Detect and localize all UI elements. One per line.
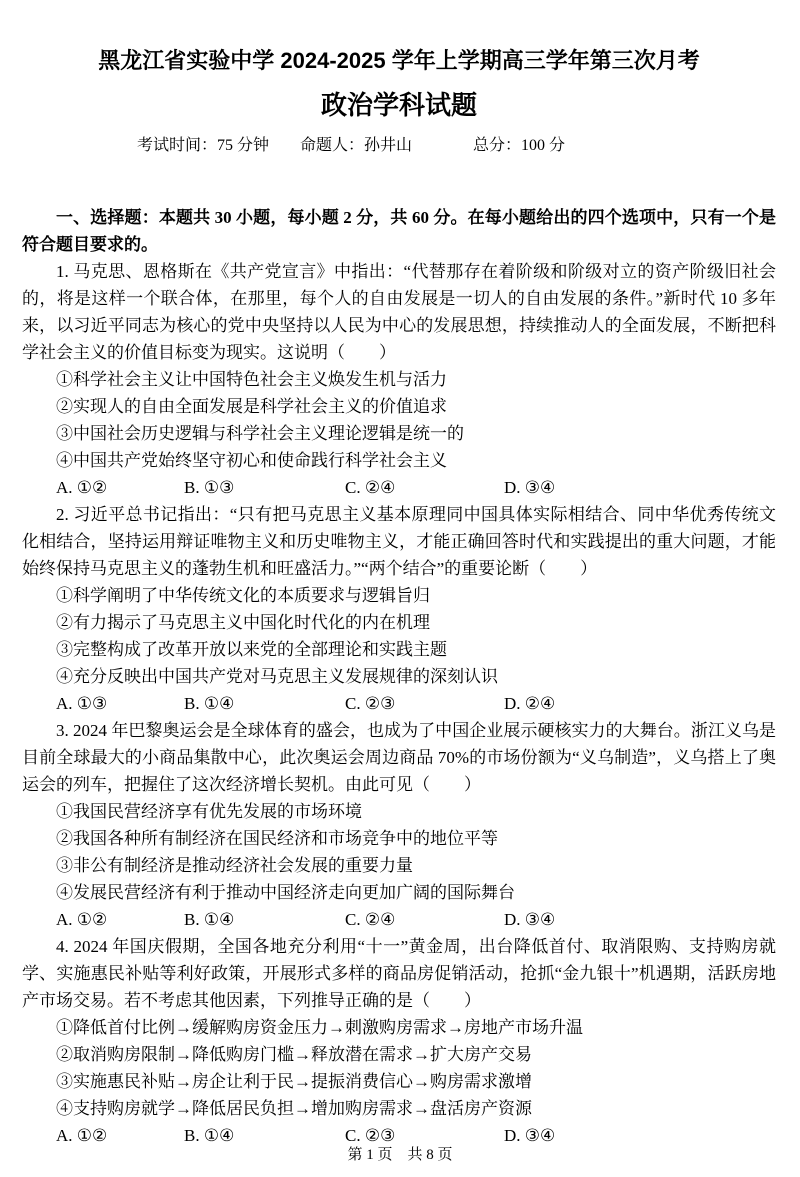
choice-label: D. ③④ [504, 474, 776, 501]
question-options: ①我国民营经济享有优先发展的市场环境②我国各种所有制经济在国民经济和市场竞争中的… [22, 798, 776, 906]
option-line: ①科学社会主义让中国特色社会主义焕发生机与活力 [22, 366, 776, 393]
question-choices: A. ①②B. ①③C. ②④D. ③④ [22, 474, 776, 501]
question-choices: A. ①③B. ①④C. ②③D. ②④ [22, 690, 776, 717]
option-line: ③完整构成了改革开放以来党的全部理论和实践主题 [22, 636, 776, 663]
subject-title: 政治学科试题 [22, 90, 776, 120]
question-choices: A. ①②B. ①④C. ②④D. ③④ [22, 906, 776, 933]
exam-setter: 命题人：孙井山 [300, 136, 473, 156]
choice-label: C. ②③ [345, 1122, 504, 1149]
option-line: ③中国社会历史逻辑与科学社会主义理论逻辑是统一的 [22, 420, 776, 447]
choice-label: A. ①③ [56, 690, 184, 717]
choice-label: C. ②④ [345, 906, 504, 933]
question-block: 1. 马克思、恩格斯在《共产党宣言》中指出：“代替那存在着阶级和阶级对立的资产阶… [22, 258, 776, 501]
option-line: ③非公有制经济是推动经济社会发展的重要力量 [22, 852, 776, 879]
exam-time: 考试时间：75 分钟 [137, 136, 300, 156]
option-line: ④支持购房就学→降低居民负担→增加购房需求→盘活房产资源 [22, 1095, 776, 1122]
choice-label: D. ②④ [504, 690, 776, 717]
choice-label: A. ①② [56, 906, 184, 933]
choice-label: A. ①② [56, 1122, 184, 1149]
option-line: ③实施惠民补贴→房企让利于民→提振消费信心→购房需求激增 [22, 1068, 776, 1095]
choice-label: B. ①③ [184, 474, 345, 501]
choice-label: B. ①④ [184, 690, 345, 717]
option-line: ②实现人的自由全面发展是科学社会主义的价值追求 [22, 393, 776, 420]
choice-label: A. ①② [56, 474, 184, 501]
question-block: 2. 习近平总书记指出：“只有把马克思主义基本原理同中国具体实际相结合、同中华优… [22, 501, 776, 717]
choice-label: B. ①④ [184, 1122, 345, 1149]
option-line: ④充分反映出中国共产党对马克思主义发展规律的深刻认识 [22, 663, 776, 690]
choice-label: D. ③④ [504, 906, 776, 933]
question-block: 4. 2024 年国庆假期，全国各地充分利用“十一”黄金周，出台降低首付、取消限… [22, 933, 776, 1149]
exam-title: 黑龙江省实验中学 2024-2025 学年上学期高三学年第三次月考 [22, 48, 776, 74]
option-line: ④发展民营经济有利于推动中国经济走向更加广阔的国际舞台 [22, 879, 776, 906]
question-stem: 1. 马克思、恩格斯在《共产党宣言》中指出：“代替那存在着阶级和阶级对立的资产阶… [22, 258, 776, 366]
question-options: ①科学阐明了中华传统文化的本质要求与逻辑旨归②有力揭示了马克思主义中国化时代化的… [22, 582, 776, 690]
question-stem: 3. 2024 年巴黎奥运会是全球体育的盛会，也成为了中国企业展示硬核实力的大舞… [22, 717, 776, 798]
exam-meta: 考试时间：75 分钟 命题人：孙井山 总分：100 分 [22, 136, 776, 156]
option-line: ④中国共产党始终坚守初心和使命践行科学社会主义 [22, 447, 776, 474]
exam-total-score: 总分：100 分 [473, 136, 565, 156]
question-options: ①科学社会主义让中国特色社会主义焕发生机与活力②实现人的自由全面发展是科学社会主… [22, 366, 776, 474]
option-line: ②取消购房限制→降低购房门槛→释放潜在需求→扩大房产交易 [22, 1041, 776, 1068]
option-line: ②有力揭示了马克思主义中国化时代化的内在机理 [22, 609, 776, 636]
question-options: ①降低首付比例→缓解购房资金压力→刺激购房需求→房地产市场升温②取消购房限制→降… [22, 1014, 776, 1122]
page-footer: 第 1 页 共 8 页 [0, 1146, 800, 1164]
question-stem: 4. 2024 年国庆假期，全国各地充分利用“十一”黄金周，出台降低首付、取消限… [22, 933, 776, 1014]
option-line: ①降低首付比例→缓解购房资金压力→刺激购房需求→房地产市场升温 [22, 1014, 776, 1041]
questions: 1. 马克思、恩格斯在《共产党宣言》中指出：“代替那存在着阶级和阶级对立的资产阶… [22, 258, 776, 1149]
option-line: ①我国民营经济享有优先发展的市场环境 [22, 798, 776, 825]
question-choices: A. ①②B. ①④C. ②③D. ③④ [22, 1122, 776, 1149]
question-block: 3. 2024 年巴黎奥运会是全球体育的盛会，也成为了中国企业展示硬核实力的大舞… [22, 717, 776, 933]
choice-label: C. ②③ [345, 690, 504, 717]
section-heading: 一、选择题：本题共 30 小题，每小题 2 分，共 60 分。在每小题给出的四个… [22, 204, 776, 258]
option-line: ②我国各种所有制经济在国民经济和市场竞争中的地位平等 [22, 825, 776, 852]
choice-label: C. ②④ [345, 474, 504, 501]
exam-page: 黑龙江省实验中学 2024-2025 学年上学期高三学年第三次月考 政治学科试题… [0, 0, 800, 1177]
choice-label: D. ③④ [504, 1122, 776, 1149]
choice-label: B. ①④ [184, 906, 345, 933]
option-line: ①科学阐明了中华传统文化的本质要求与逻辑旨归 [22, 582, 776, 609]
question-stem: 2. 习近平总书记指出：“只有把马克思主义基本原理同中国具体实际相结合、同中华优… [22, 501, 776, 582]
exam-body: 一、选择题：本题共 30 小题，每小题 2 分，共 60 分。在每小题给出的四个… [22, 204, 776, 1149]
